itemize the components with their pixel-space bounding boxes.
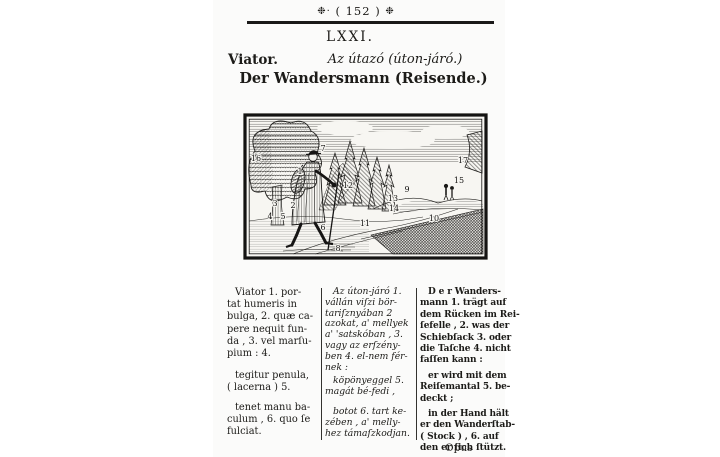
catchword: Opus (445, 442, 472, 454)
figure-label: 12 (343, 181, 353, 190)
column-divider (416, 288, 417, 440)
figure-label: 5 (280, 212, 285, 221)
figure-label: 10 (429, 214, 439, 223)
figure-label: 11 (360, 219, 370, 228)
latin-column: Viator 1. por-tat humeris inbulga, 2. qu… (227, 287, 320, 438)
figure-label: 15 (454, 176, 464, 185)
book-page: ❉· ( 152 ) ❉ LXXI. Viator. Az útazó (úto… (213, 0, 505, 457)
figure-label: 2 (290, 201, 295, 210)
column-divider (321, 288, 322, 440)
figure-label: 8 (335, 244, 340, 253)
figure-label: 6 (320, 223, 325, 232)
title-hungarian: Az útazó (úton-járó.) (309, 52, 481, 67)
hungarian-column: Az úton-járó 1.vállán viſzi bör-tariſzny… (325, 287, 415, 439)
text-columns: Viator 1. por-tat humeris inbulga, 2. qu… (227, 287, 505, 449)
title-latin: Viator. (228, 52, 278, 68)
figure-label: 4 (267, 212, 272, 221)
title-german: Der Wandersmann (Reisende.) (222, 70, 505, 87)
figure-label: 16 (251, 154, 261, 163)
latin-paragraph-2: tegitur penula,( lacerna ) 5. (227, 370, 320, 394)
hungarian-paragraph-3: botot 6. tart ke-zében , a' melly-hez tá… (325, 407, 415, 439)
figure-label: 13 (388, 194, 398, 203)
figure-label: 7 (320, 144, 325, 153)
figure-label: 3 (272, 199, 277, 208)
printer-ornament-left-icon: ❉· (317, 6, 331, 17)
hungarian-paragraph-2: köpönyeggel 5.magát bé-fedi , (325, 376, 415, 398)
latin-paragraph-1: Viator 1. por-tat humeris inbulga, 2. qu… (227, 287, 320, 360)
printer-ornament-right-icon: ❉ (385, 6, 394, 17)
figure-label: 9 (404, 185, 409, 194)
figure-label: 1 (297, 167, 302, 176)
figure-label: 14 (389, 204, 399, 213)
chapter-number: LXXI. (213, 29, 487, 45)
page-number: ( 152 ) (335, 4, 380, 18)
woodcut-illustration: 16 7 1 2 3 4 5 12 9 13 14 15 17 11 10 6 … (243, 113, 488, 260)
page-header: ❉· ( 152 ) ❉ (213, 4, 499, 18)
german-paragraph-1: D e r Wanders-mann 1. trägt aufdem Rücke… (420, 287, 505, 367)
hungarian-paragraph-1: Az úton-járó 1.vállán viſzi bör-tariſzny… (325, 287, 415, 373)
german-paragraph-2: er wird mit demReiſemantal 5. be-deckt ; (420, 371, 505, 405)
figure-label: 17 (458, 156, 468, 165)
header-rule (247, 21, 494, 24)
latin-paragraph-3: tenet manu ba-culum , 6. quo ſefulciat. (227, 402, 320, 439)
german-column: D e r Wanders-mann 1. trägt aufdem Rücke… (420, 287, 505, 455)
